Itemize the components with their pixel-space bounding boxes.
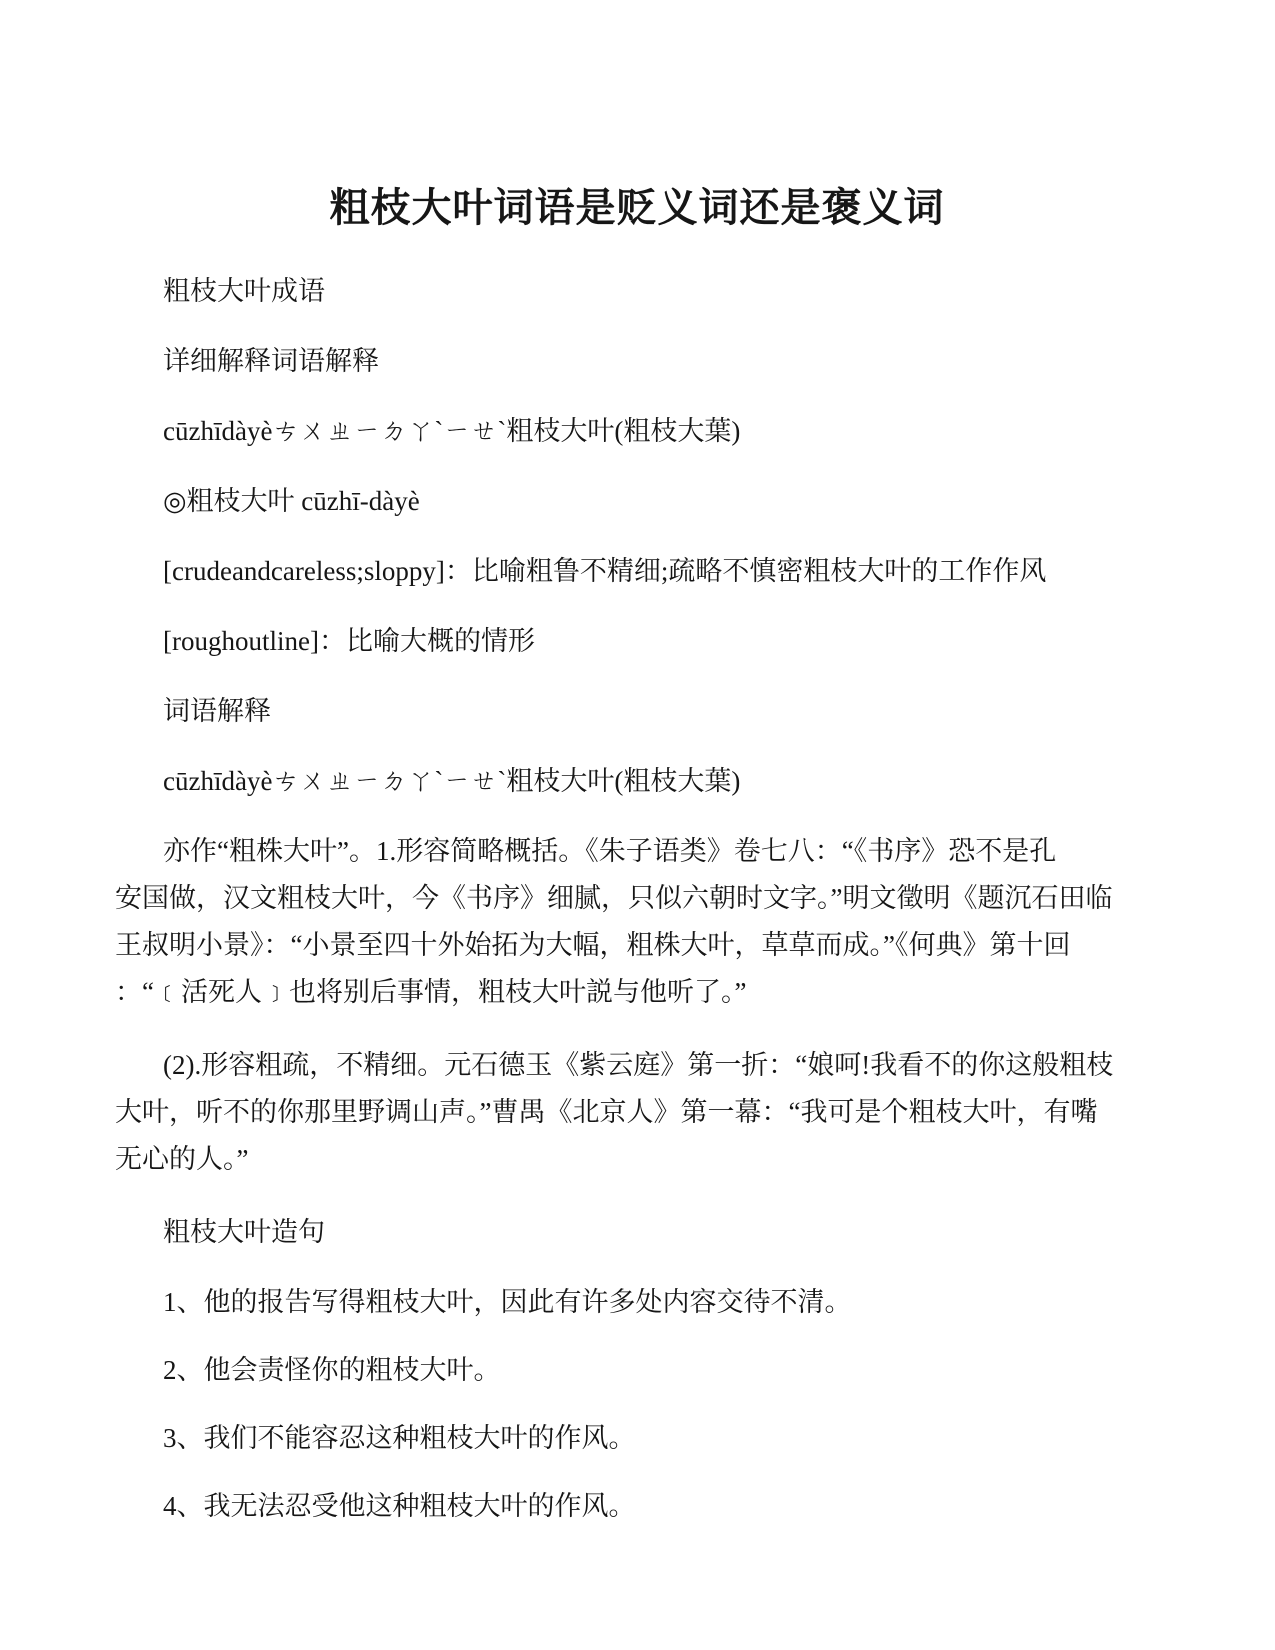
example-sentence-2: 2、他会责怪你的粗枝大叶。 xyxy=(115,1347,1159,1394)
paragraph-line: 无心的人。” xyxy=(115,1136,1159,1183)
document-page: 粗枝大叶词语是贬义词还是褒义词 粗枝大叶成语 详细解释词语解释 cūzhīdày… xyxy=(0,0,1275,1650)
english-definition-1: [crudeandcareless;sloppy]：比喻粗鲁不精细;疏略不慎密粗… xyxy=(115,548,1159,595)
pinyin-zhuyin-line-1: cūzhīdàyèㄘㄨㄓㄧㄉㄚˋㄧㄝˋ粗枝大叶(粗枝大葉) xyxy=(115,408,1159,455)
paragraph-line: 安国做，汉文粗枝大叶，今《书序》细腻，只似六朝时文字。”明文徵明《题沉石田临 xyxy=(115,875,1159,922)
definition-paragraph-1: 亦作“粗株大叶”。1.形容简略概括。《朱子语类》卷七八：“《书序》恐不是孔 安国… xyxy=(115,828,1159,1016)
example-sentence-1: 1、他的报告写得粗枝大叶，因此有许多处内容交待不清。 xyxy=(115,1279,1159,1326)
paragraph-line: 王叔明小景》：“小景至四十外始拓为大幅，粗株大叶，草草而成。”《何典》第十回 xyxy=(115,922,1159,969)
detail-explanation-header: 详细解释词语解释 xyxy=(115,338,1159,385)
paragraph-line: 大叶，听不的你那里野调山声。”曹禺《北京人》第一幕：“我可是个粗枝大叶，有嘴 xyxy=(115,1089,1159,1136)
page-title: 粗枝大叶词语是贬义词还是褒义词 xyxy=(115,186,1159,230)
example-sentence-3: 3、我们不能容忍这种粗枝大叶的作风。 xyxy=(115,1415,1159,1462)
document-content: 粗枝大叶词语是贬义词还是褒义词 粗枝大叶成语 详细解释词语解释 cūzhīdày… xyxy=(0,0,1275,1530)
pinyin-zhuyin-line-2: cūzhīdàyèㄘㄨㄓㄧㄉㄚˋㄧㄝˋ粗枝大叶(粗枝大葉) xyxy=(115,758,1159,805)
sentence-section-header: 粗枝大叶造句 xyxy=(115,1209,1159,1256)
idiom-label-line: 粗枝大叶成语 xyxy=(115,268,1159,315)
paragraph-line: 亦作“粗株大叶”。1.形容简略概括。《朱子语类》卷七八：“《书序》恐不是孔 xyxy=(115,828,1159,875)
paragraph-line: (2).形容粗疏，不精细。元石德玉《紫云庭》第一折：“娘呵!我看不的你这般粗枝 xyxy=(115,1042,1159,1089)
english-definition-2: [roughoutline]：比喻大概的情形 xyxy=(115,618,1159,665)
word-explanation-header: 词语解释 xyxy=(115,688,1159,735)
dictionary-entry-line: ◎粗枝大叶 cūzhī-dàyè xyxy=(115,478,1159,525)
example-sentence-4: 4、我无法忍受他这种粗枝大叶的作风。 xyxy=(115,1483,1159,1530)
paragraph-line: ：“﹝活死人﹞也将别后事情，粗枝大叶説与他听了。” xyxy=(115,969,1159,1016)
example-sentence-list: 1、他的报告写得粗枝大叶，因此有许多处内容交待不清。 2、他会责怪你的粗枝大叶。… xyxy=(115,1279,1159,1530)
definition-paragraph-2: (2).形容粗疏，不精细。元石德玉《紫云庭》第一折：“娘呵!我看不的你这般粗枝 … xyxy=(115,1042,1159,1183)
